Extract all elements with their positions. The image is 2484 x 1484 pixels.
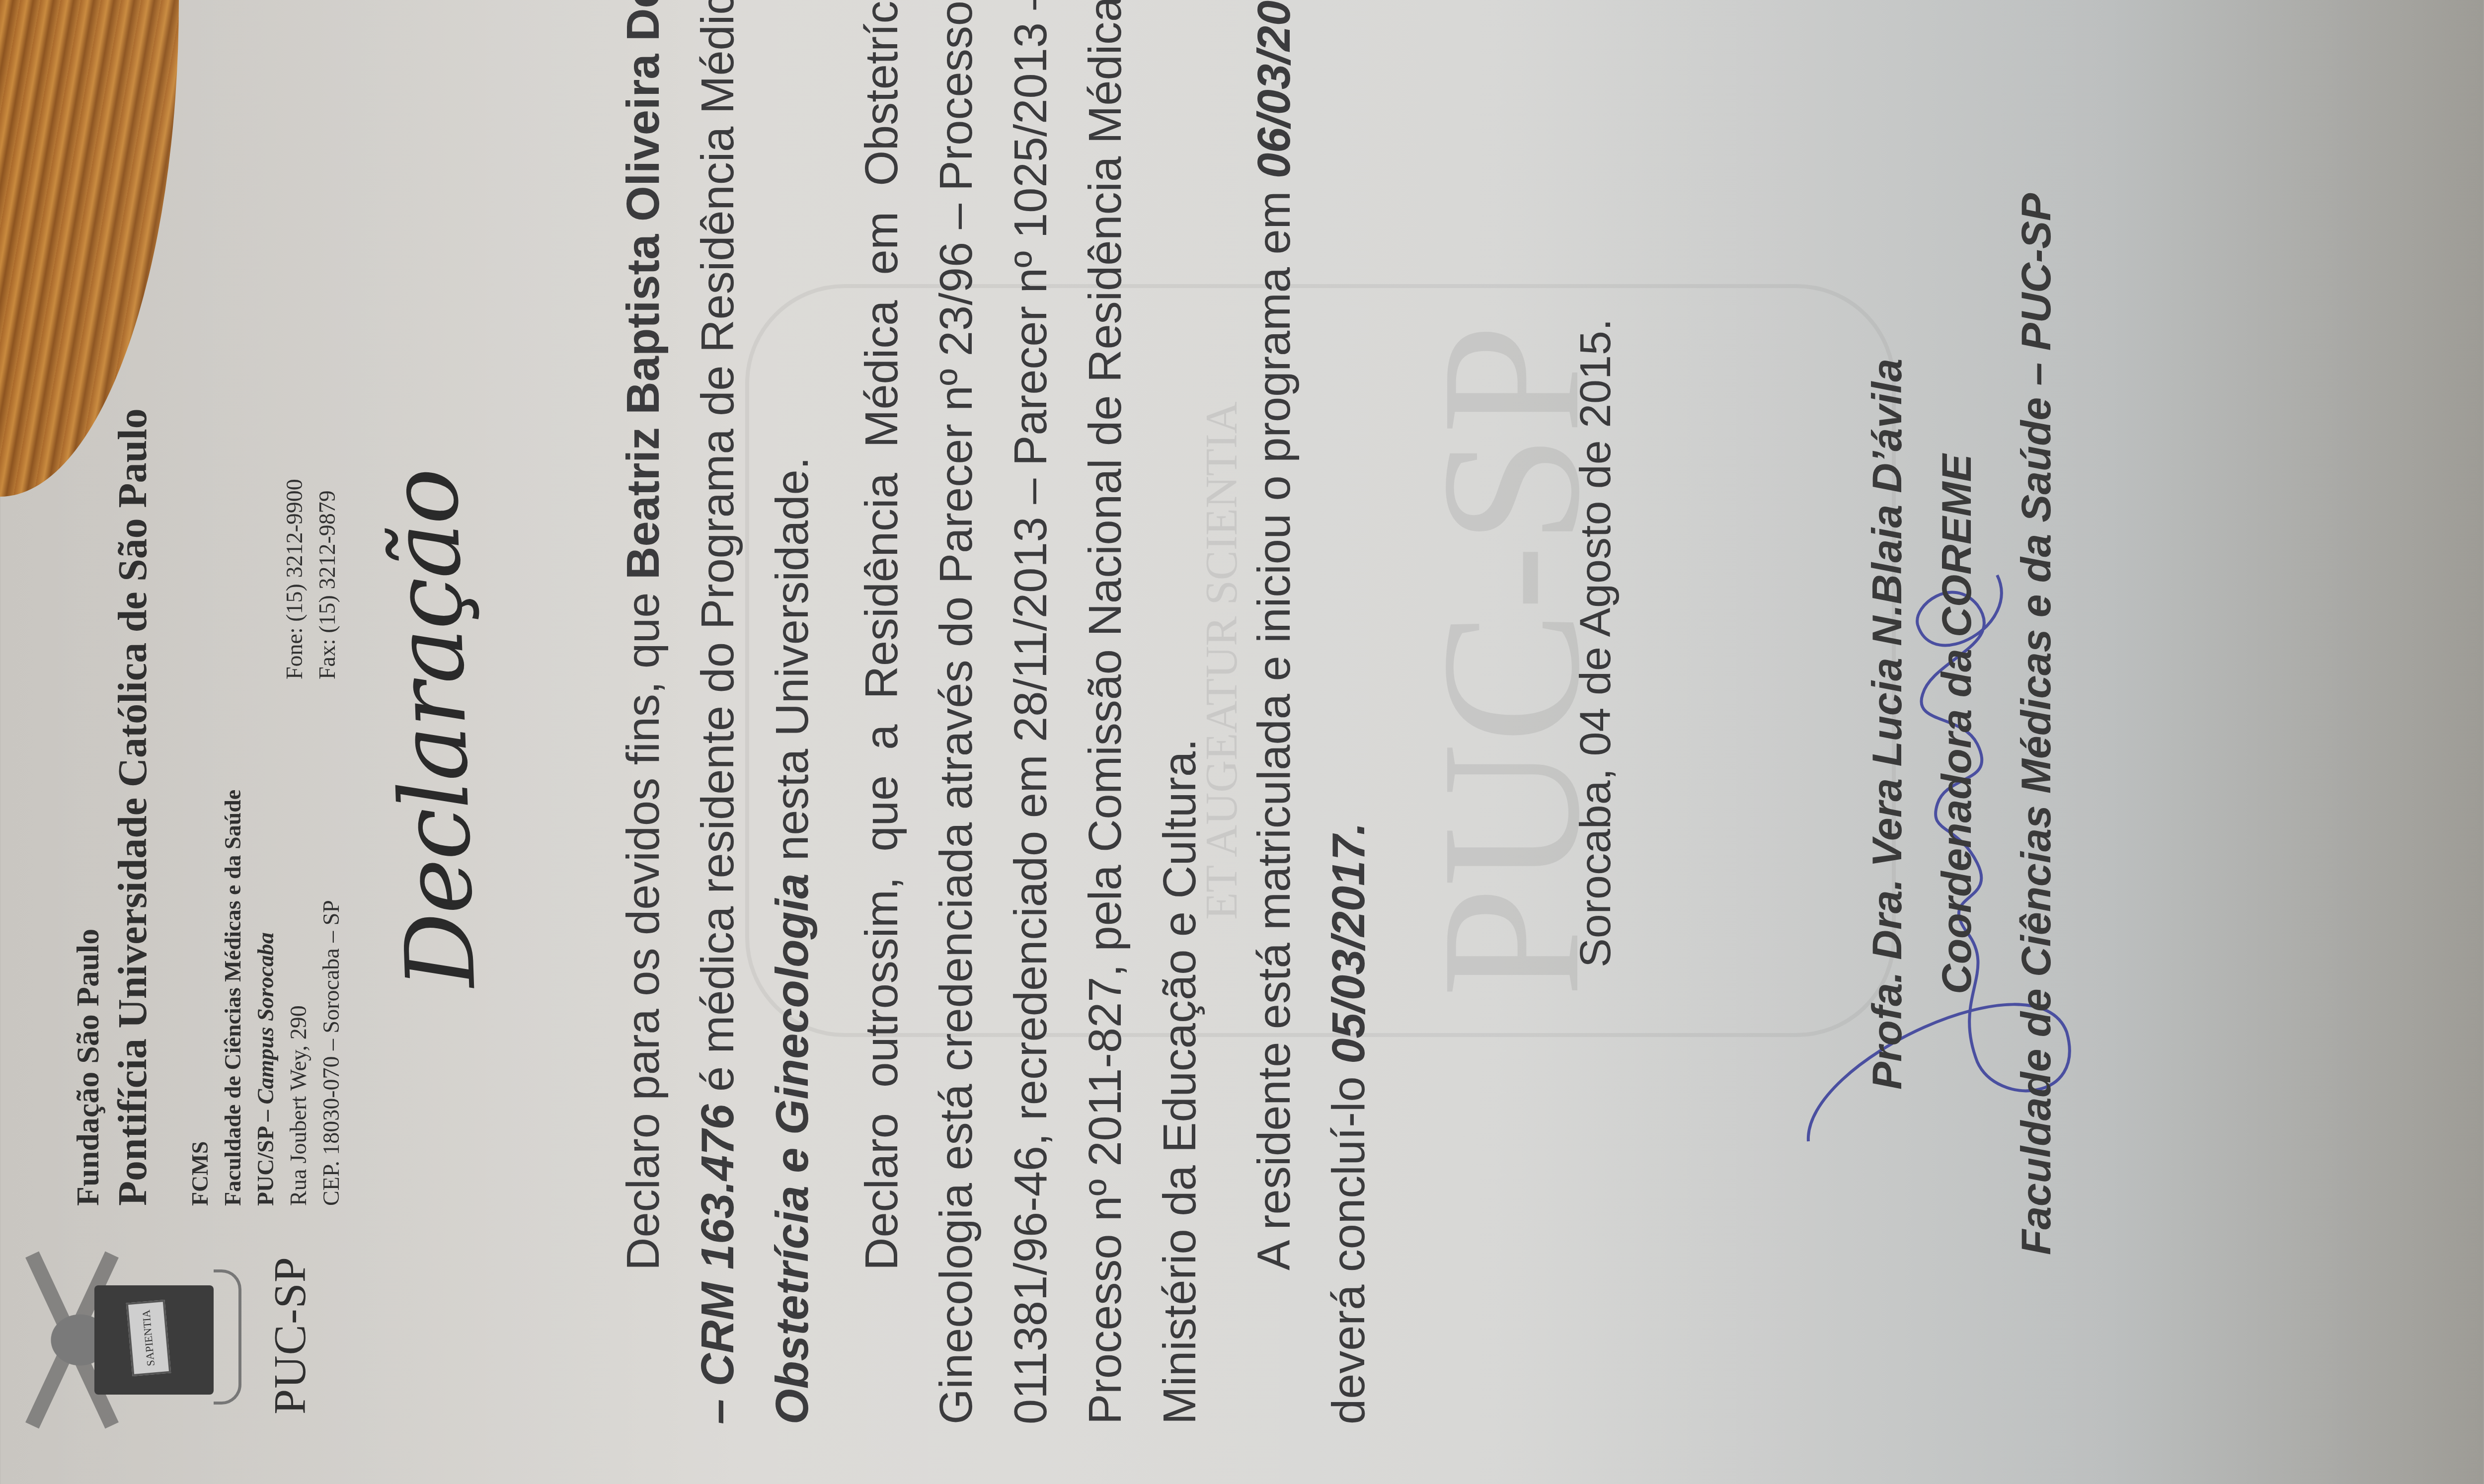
text: A residente está matriculada e iniciou o…	[1249, 178, 1300, 1270]
postal-address: CEP. 18030-070 – Sorocaba – SP	[315, 790, 348, 1206]
crm-number: – CRM 163.476	[693, 1105, 743, 1424]
scroll-ribbon-icon	[214, 1269, 241, 1405]
signer-role: Coordenadora da COREME	[1933, 103, 2012, 1345]
text-line: 011381/96-46, recredenciado em 28/11/201…	[994, 54, 1068, 1424]
text-line: Ginecologia está credenciada através do …	[919, 54, 994, 1424]
specialty: Obstetrícia e Ginecologia	[767, 874, 818, 1424]
text: deverá concluí-lo	[1323, 1064, 1374, 1424]
place-and-date: Sorocaba, 04 de Agosto de 2015.	[1570, 319, 1621, 967]
text-line: Ministério da Educação e Cultura.	[1143, 54, 1217, 1424]
paragraph-enrollment: A residente está matriculada e iniciou o…	[1237, 54, 1386, 1424]
text-line: Processo nº 2011-827, pela Comissão Naci…	[1068, 54, 1143, 1424]
faculty-name: Faculdade de Ciências Médicas e da Saúde	[217, 790, 249, 1206]
paragraph-accreditation: Declaro outrossim, que a Residência Médi…	[845, 54, 1217, 1424]
phone-number: Fone: (15) 3212-9900	[278, 479, 311, 679]
campus-prefix: PUC/SP –	[253, 1105, 278, 1206]
campus-name: Campus Sorocaba	[253, 932, 278, 1104]
text-line: Declaro para os devidos fins, que Beatri…	[606, 54, 681, 1424]
text-line: A residente está matriculada e iniciou o…	[1237, 54, 1312, 1424]
street-address: Rua Joubert Wey, 290	[282, 790, 315, 1206]
declaration-body: Declaro para os devidos fins, que Beatri…	[606, 54, 1386, 1424]
signer-faculty: Faculdade de Ciências Médicas e da Saúde…	[2012, 103, 2060, 1345]
text-line: – CRM 163.476 é médica residente do Prog…	[681, 54, 755, 1424]
contact-info: Fone: (15) 3212-9900 Fax: (15) 3212-9879	[278, 479, 344, 679]
faculty-address: FCMS Faculdade de Ciências Médicas e da …	[184, 790, 348, 1206]
document-title: Declaração	[366, 380, 500, 1079]
foundation-name: Fundação São Paulo	[70, 929, 106, 1206]
text: Declaro para os devidos fins, que	[618, 580, 669, 1270]
text: é médica residente do Programa de Residê…	[693, 0, 743, 1105]
letterhead: SAPIENTIA PUC-SP Fundação São Paulo Pont…	[30, 24, 338, 1464]
university-name: Pontifícia Universidade Católica de São …	[109, 408, 156, 1206]
crest-motto: SAPIENTIA	[126, 1300, 171, 1376]
text-line: Obstetrícia e Ginecologia nesta Universi…	[755, 54, 830, 1424]
end-date: 05/03/2017.	[1323, 822, 1374, 1064]
signer-name: Profa. Dra. Vera Lucia N.Blaia D’ávila	[1863, 103, 1933, 1345]
text: nesta Universidade.	[767, 457, 818, 874]
fax-number: Fax: (15) 3212-9879	[311, 479, 344, 679]
paragraph-resident: Declaro para os devidos fins, que Beatri…	[606, 54, 830, 1424]
logo-label: PUC-SP	[263, 1257, 316, 1414]
start-date: 06/03/2014	[1249, 0, 1300, 178]
text-line: Declaro outrossim, que a Residência Médi…	[845, 54, 919, 1424]
declaration-letter: SAPIENTIA PUC-SP Fundação São Paulo Pont…	[0, 0, 2484, 1484]
unit-abbreviation: FCMS	[184, 790, 217, 1206]
puc-crest-logo: SAPIENTIA	[35, 1236, 243, 1454]
campus-line: PUC/SP – Campus Sorocaba	[249, 790, 282, 1206]
signature-block: Profa. Dra. Vera Lucia N.Blaia D’ávila C…	[1863, 103, 2060, 1345]
text-line: deverá concluí-lo 05/03/2017.	[1312, 54, 1386, 1424]
resident-name: Beatriz Baptista Oliveira Delfino	[618, 0, 669, 580]
papal-tiara-icon	[35, 1300, 99, 1380]
